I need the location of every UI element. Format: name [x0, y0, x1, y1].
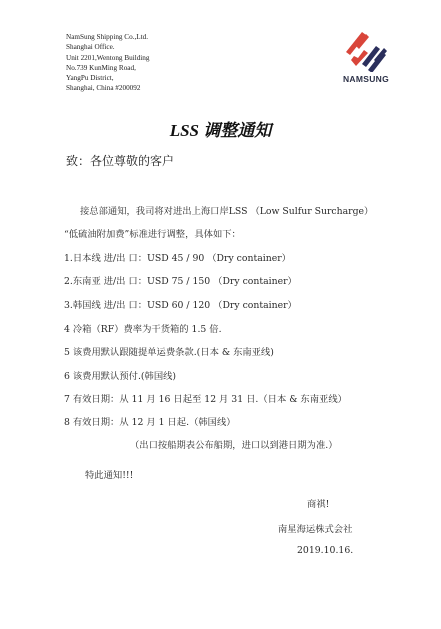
item-2: 2.东南亚 进/出 口：USD 75 / 150 （Dry container） — [64, 273, 297, 287]
regards-text: 商祺! — [307, 496, 329, 510]
address-line: Shanghai, China #200092 — [66, 83, 149, 93]
namsung-logo: NAMSUNG — [338, 26, 394, 88]
notice-document: NamSung Shipping Co.,Ltd. Shanghai Offic… — [0, 0, 441, 629]
company-signature: 南星海运株式会社 — [278, 521, 352, 535]
company-address: NamSung Shipping Co.,Ltd. Shanghai Offic… — [66, 32, 149, 94]
greeting: 致：各位尊敬的客户 — [66, 152, 174, 169]
item-4: 4 冷箱（RF）费率为干货箱的 1.5 倍. — [64, 321, 222, 335]
shipping-date-note: （出口按船期表公布船期，进口以到港日期为准.） — [130, 437, 338, 451]
closing-text: 特此通知!!! — [85, 467, 133, 481]
address-line: NamSung Shipping Co.,Ltd. — [66, 32, 149, 42]
item-1: 1.日本线 进/出 口：USD 45 / 90 （Dry container） — [64, 250, 291, 264]
item-8: 8 有效日期：从 12 月 1 日起.（韩国线） — [64, 414, 236, 428]
item-3: 3.韩国线 进/出 口：USD 60 / 120 （Dry container） — [64, 297, 297, 311]
notice-title: LSS 调整通知 — [0, 116, 441, 141]
notice-date: 2019.10.16. — [297, 545, 353, 556]
item-6: 6 该费用默认预付.(韩国线) — [64, 368, 176, 382]
logo-text: NAMSUNG — [338, 74, 394, 84]
namsung-stripes-icon — [338, 26, 394, 72]
intro-line-1: 接总部通知，我司将对进出上海口岸LSS （Low Sulfur Surcharg… — [80, 203, 373, 217]
address-line: YangPu District, — [66, 73, 149, 83]
address-line: No.739 KunMing Road, — [66, 63, 149, 73]
address-line: Unit 2201,Wentong Building — [66, 53, 149, 63]
address-line: Shanghai Office. — [66, 42, 149, 52]
item-5: 5 该费用默认跟随提单运费条款.(日本 & 东南亚线) — [64, 344, 274, 358]
intro-line-2: “低硫油附加费”标准进行调整，具体如下： — [64, 226, 241, 240]
item-7: 7 有效日期：从 11 月 16 日起至 12 月 31 日.（日本 & 东南亚… — [64, 391, 347, 405]
